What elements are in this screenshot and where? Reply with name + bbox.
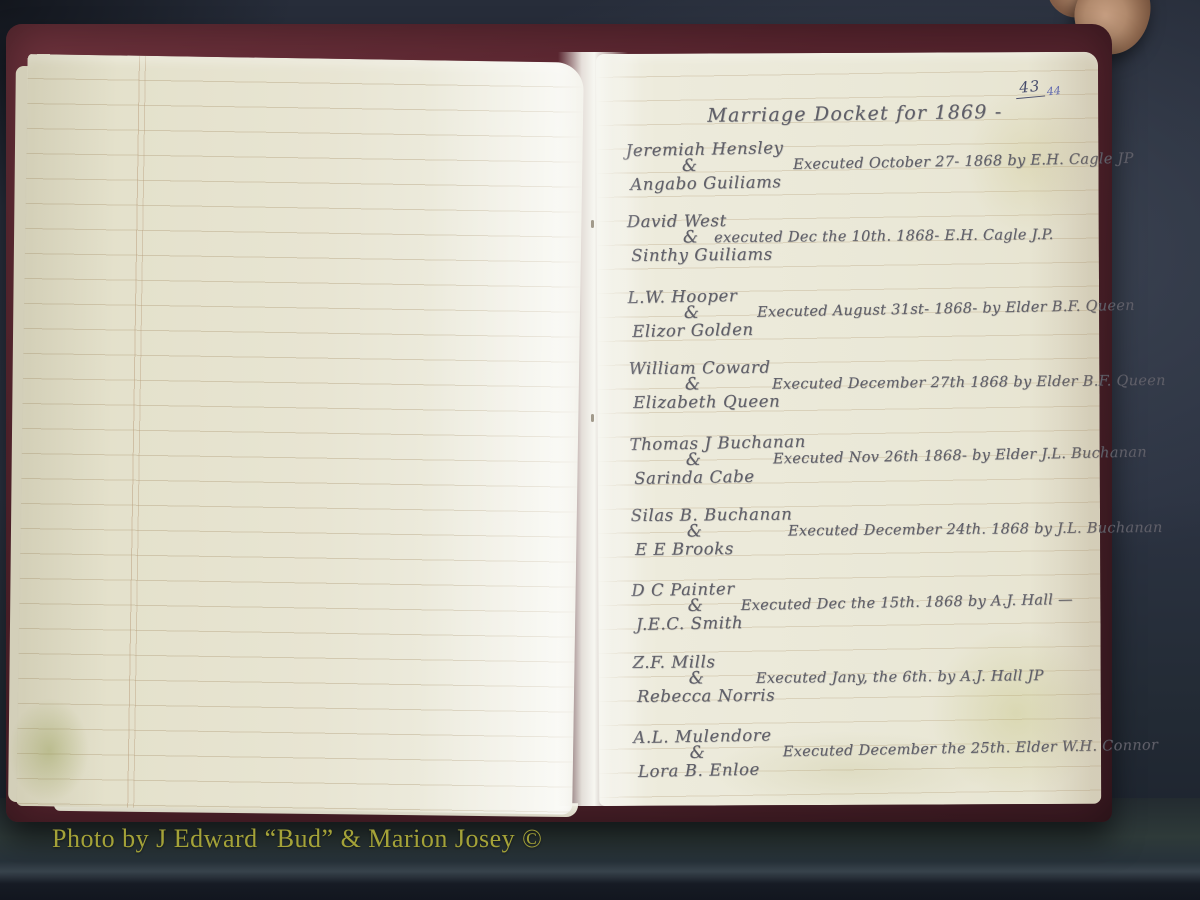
docket-entry: David West &executed Dec the 10th. 1868-… — [627, 208, 1086, 286]
ampersand: & — [689, 668, 704, 688]
page-stain — [8, 698, 90, 803]
ampersand: & — [684, 303, 700, 323]
docket-entry: A.L. Mulendore &Executed December the 25… — [633, 720, 1092, 802]
page-number-blue-pen: 44 — [1046, 84, 1061, 98]
docket-entry: William Coward &Executed December 27th 1… — [629, 355, 1088, 433]
docket-entry: D C Painter &Executed Dec the 15th. 1868… — [631, 573, 1090, 655]
binding-stitch — [591, 220, 594, 228]
binding-stitch — [591, 414, 594, 422]
entry-middle-line: &Executed Jany, the 6th. by A.J. Hall JP — [633, 664, 1091, 688]
page-number: 4344 — [1014, 74, 1061, 97]
ledger-book: 4344 Marriage Docket for 1869 - Jeremiah… — [6, 24, 1112, 822]
docket-entry: Jeremiah Hensley &Executed October 27- 1… — [625, 133, 1084, 215]
docket-entry: Z.F. Mills &Executed Jany, the 6th. by A… — [632, 648, 1091, 726]
execution-note: executed Dec the 10th. 1868- E.H. Cagle … — [714, 227, 1054, 246]
docket-title: Marriage Docket for 1869 - — [707, 100, 1083, 127]
page-number-ink: 43 — [1014, 77, 1045, 100]
watermark-credit: Photo by J Edward “Bud” & Marion Josey © — [52, 824, 542, 854]
right-docket-page: 4344 Marriage Docket for 1869 - Jeremiah… — [596, 52, 1101, 806]
execution-note: Executed Nov 26th 1868- by Elder J.L. Bu… — [773, 444, 1147, 467]
execution-note: Executed Jany, the 6th. by A.J. Hall JP — [756, 668, 1044, 687]
docket-entry: Silas B. Buchanan &Executed December 24t… — [631, 502, 1090, 580]
docket-entry: L.W. Hooper &Executed August 31st- 1868-… — [627, 279, 1086, 361]
marriage-docket: Marriage Docket for 1869 - Jeremiah Hens… — [625, 100, 1092, 800]
execution-note: Executed December 27th 1868 by Elder B.F… — [772, 373, 1166, 393]
docket-entry: Thomas J Buchanan &Executed Nov 26th 186… — [629, 426, 1088, 508]
execution-note: Executed December the 25th. Elder W.H. C… — [783, 738, 1159, 761]
photo-background: 4344 Marriage Docket for 1869 - Jeremiah… — [0, 0, 1200, 900]
execution-note: Executed December 24th. 1868 by J.L. Buc… — [788, 520, 1163, 540]
docket-entries: Jeremiah Hensley &Executed October 27- 1… — [626, 134, 1093, 800]
ampersand: & — [686, 449, 702, 469]
left-blank-page — [16, 54, 584, 815]
